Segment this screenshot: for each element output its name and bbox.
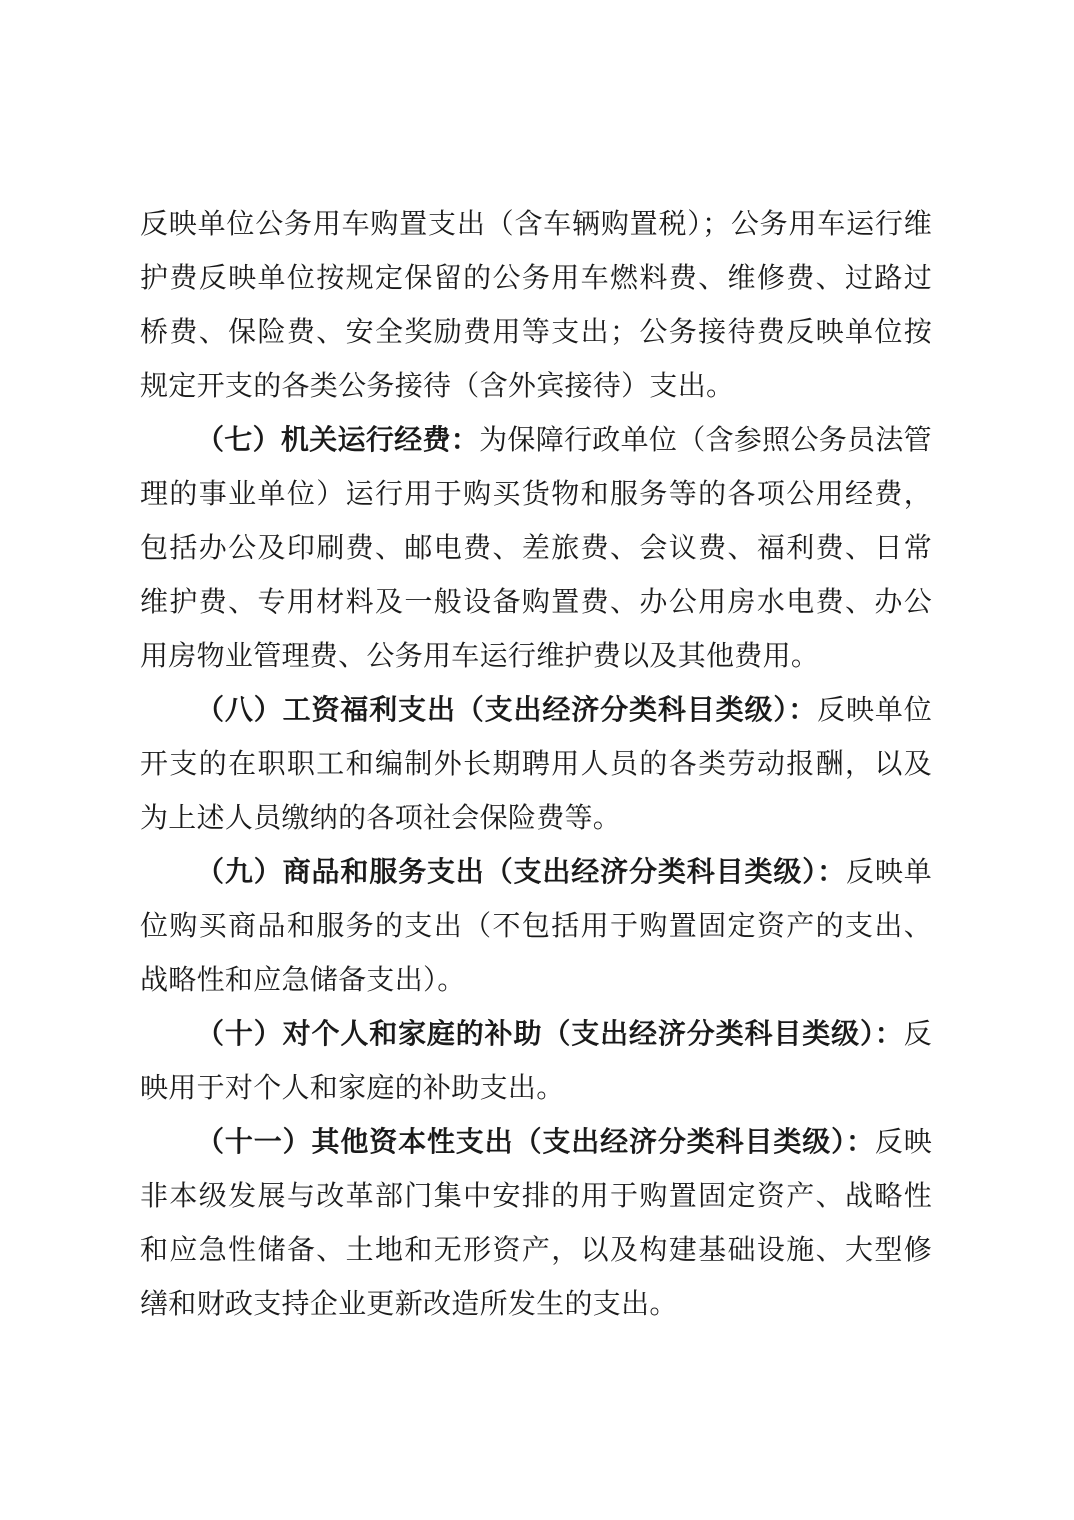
paragraph: （八）工资福利支出（支出经济分类科目类级）：反映单位开支的在职职工和编制外长期聘… — [140, 684, 932, 846]
paragraph: （九）商品和服务支出（支出经济分类科目类级）：反映单位购买商品和服务的支出（不包… — [140, 846, 932, 1008]
paragraph-text: 为保障行政单位（含参照公务员法管理的事业单位）运行用于购买货物和服务等的各项公用… — [140, 425, 932, 672]
document-page: 反映单位公务用车购置支出（含车辆购置税）；公务用车运行维护费反映单位按规定保留的… — [0, 0, 1074, 1520]
paragraph-heading: （十）对个人和家庭的补助（支出经济分类科目类级）： — [196, 1019, 904, 1050]
paragraph-heading: （八）工资福利支出（支出经济分类科目类级）： — [196, 695, 817, 726]
document-body: 反映单位公务用车购置支出（含车辆购置税）；公务用车运行维护费反映单位按规定保留的… — [140, 198, 932, 1332]
paragraph: （七）机关运行经费：为保障行政单位（含参照公务员法管理的事业单位）运行用于购买货… — [140, 414, 932, 684]
paragraph-heading: （七）机关运行经费： — [196, 425, 479, 456]
paragraph: 反映单位公务用车购置支出（含车辆购置税）；公务用车运行维护费反映单位按规定保留的… — [140, 198, 932, 414]
paragraph-heading: （十一）其他资本性支出（支出经济分类科目类级）： — [196, 1127, 875, 1158]
paragraph: （十）对个人和家庭的补助（支出经济分类科目类级）：反映用于对个人和家庭的补助支出… — [140, 1008, 932, 1116]
paragraph-text: 反映单位公务用车购置支出（含车辆购置税）；公务用车运行维护费反映单位按规定保留的… — [140, 209, 932, 402]
paragraph: （十一）其他资本性支出（支出经济分类科目类级）：反映非本级发展与改革部门集中安排… — [140, 1116, 932, 1332]
paragraph-heading: （九）商品和服务支出（支出经济分类科目类级）： — [196, 857, 846, 888]
